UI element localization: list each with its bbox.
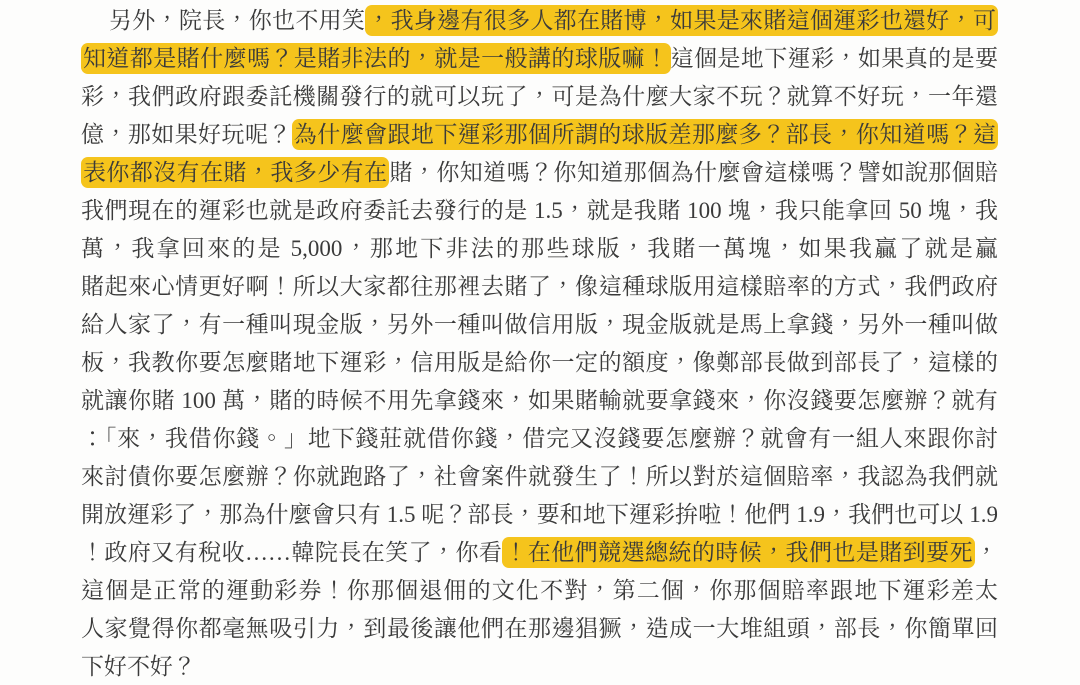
body-text: 萬，我拿回來的是 5,000，那地下非法的那些球版，我賭一萬塊，如果我贏了就是贏… bbox=[81, 236, 998, 268]
body-text: 這個是正常的運動彩券！你那個退佣的文化不對，第二個，你那個賠率跟地下運彩差太多，… bbox=[81, 578, 998, 610]
body-text: 開放運彩了，那為什麼會只有 1.5 呢？部長，要和地下運彩拚啦！他們 1.9，我… bbox=[81, 502, 998, 534]
body-text: 來討債你要怎麼辦？你就跑路了，社會案件就發生了！所以對於這個賠率，我認為我們就已… bbox=[81, 464, 998, 496]
body-text: 彩，我們政府跟委託機關發行的就可以玩了，可是為什麼大家不玩？就算不好玩，一年還有… bbox=[81, 84, 998, 116]
text-line: 來討債你要怎麼辦？你就跑路了，社會案件就發生了！所以對於這個賠率，我認為我們就已… bbox=[81, 458, 998, 496]
document-page: 另外，院長，你也不用笑，我身邊有很多人都在賭博，如果是來賭這個運彩也還好，可是你… bbox=[0, 0, 1080, 685]
text-line: 開放運彩了，那為什麼會只有 1.5 呢？部長，要和地下運彩拚啦！他們 1.9，我… bbox=[81, 496, 998, 534]
body-text: 億，那如果好玩呢？ bbox=[81, 122, 292, 147]
text-line: 另外，院長，你也不用笑，我身邊有很多人都在賭博，如果是來賭這個運彩也還好，可是你 bbox=[81, 2, 998, 40]
text-line: 萬，我拿回來的是 5,000，那地下非法的那些球版，我賭一萬塊，如果我贏了就是贏… bbox=[81, 230, 998, 268]
body-text: 我們現在的運彩也就是政府委託去發行的是 1.5，就是我賭 100 塊，我只能拿回… bbox=[81, 198, 998, 230]
text-line: 億，那如果好玩呢？為什麼會跟地下運彩那個所謂的球版差那麼多？部長，你知道嗎？這樣… bbox=[81, 116, 998, 154]
text-line: 表你都沒有在賭，我多少有在賭，你知道嗎？你知道那個為什麼會這樣嗎？譬如說那個賠率… bbox=[81, 154, 998, 192]
text-line: 就讓你賭 100 萬，賭的時候不用先拿錢來，如果賭輸就要拿錢來，你沒錢要怎麼辦？… bbox=[81, 382, 998, 420]
body-text: 人家覺得你都毫無吸引力，到最後讓他們在那邊猖獗，造成一大堆組頭，部長，你簡單回應… bbox=[81, 616, 998, 648]
body-text: 下好不好？ bbox=[81, 654, 196, 679]
highlighted-text: 知道都是賭什麼嗎？是賭非法的，就是一般講的球版嘛！ bbox=[81, 43, 671, 74]
body-text: 賭起來心情更好啊！所以大家都往那裡去賭了，像這種球版用這樣賠率的方式，我們政府就… bbox=[81, 274, 998, 306]
text-line: 知道都是賭什麼嗎？是賭非法的，就是一般講的球版嘛！這個是地下運彩，如果真的是要玩… bbox=[81, 40, 998, 78]
text-line: 賭起來心情更好啊！所以大家都往那裡去賭了，像這種球版用這樣賠率的方式，我們政府就… bbox=[81, 268, 998, 306]
text-line: 這個是正常的運動彩券！你那個退佣的文化不對，第二個，你那個賠率跟地下運彩差太多，… bbox=[81, 572, 998, 610]
body-text: 給人家了，有一種叫現金版，另外一種叫做信用版，現金版就是馬上拿錢，另外一種叫做信… bbox=[81, 312, 998, 344]
text-line: 下好不好？ bbox=[81, 648, 998, 685]
text-line: 彩，我們政府跟委託機關發行的就可以玩了，可是為什麼大家不玩？就算不好玩，一年還有… bbox=[81, 78, 998, 116]
text-line: ！政府又有稅收……韓院長在笑了，你看！在他們競選總統的時候，我們也是賭到要死，何… bbox=[81, 534, 998, 572]
text-line: ：「來，我借你錢。」地下錢莊就借你錢，借完又沒錢要怎麼辦？就會有一組人來跟你討債… bbox=[81, 420, 998, 458]
document-text: 另外，院長，你也不用笑，我身邊有很多人都在賭博，如果是來賭這個運彩也還好，可是你… bbox=[81, 2, 998, 685]
body-text: 另外，院長，你也不用笑 bbox=[109, 8, 365, 33]
highlighted-text: ！在他們競選總統的時候，我們也是賭到要死 bbox=[502, 537, 975, 568]
body-text: 就讓你賭 100 萬，賭的時候不用先拿錢來，如果賭輸就要拿錢來，你沒錢要怎麼辦？… bbox=[81, 388, 998, 420]
body-text: 板，我教你要怎麼賭地下運彩，信用版是給你一定的額度，像鄭部長做到部長了，這樣的級… bbox=[81, 350, 998, 382]
text-line: 給人家了，有一種叫現金版，另外一種叫做信用版，現金版就是馬上拿錢，另外一種叫做信… bbox=[81, 306, 998, 344]
text-line: 人家覺得你都毫無吸引力，到最後讓他們在那邊猖獗，造成一大堆組頭，部長，你簡單回應… bbox=[81, 610, 998, 648]
text-line: 我們現在的運彩也就是政府委託去發行的是 1.5，就是我賭 100 塊，我只能拿回… bbox=[81, 192, 998, 230]
text-line: 板，我教你要怎麼賭地下運彩，信用版是給你一定的額度，像鄭部長做到部長了，這樣的級… bbox=[81, 344, 998, 382]
body-text: ！政府又有稅收……韓院長在笑了，你看 bbox=[81, 540, 502, 565]
highlighted-text: 表你都沒有在賭，我多少有在 bbox=[81, 157, 389, 188]
body-text: ：「來，我借你錢。」地下錢莊就借你錢，借完又沒錢要怎麼辦？就會有一組人來跟你討債… bbox=[81, 426, 998, 458]
